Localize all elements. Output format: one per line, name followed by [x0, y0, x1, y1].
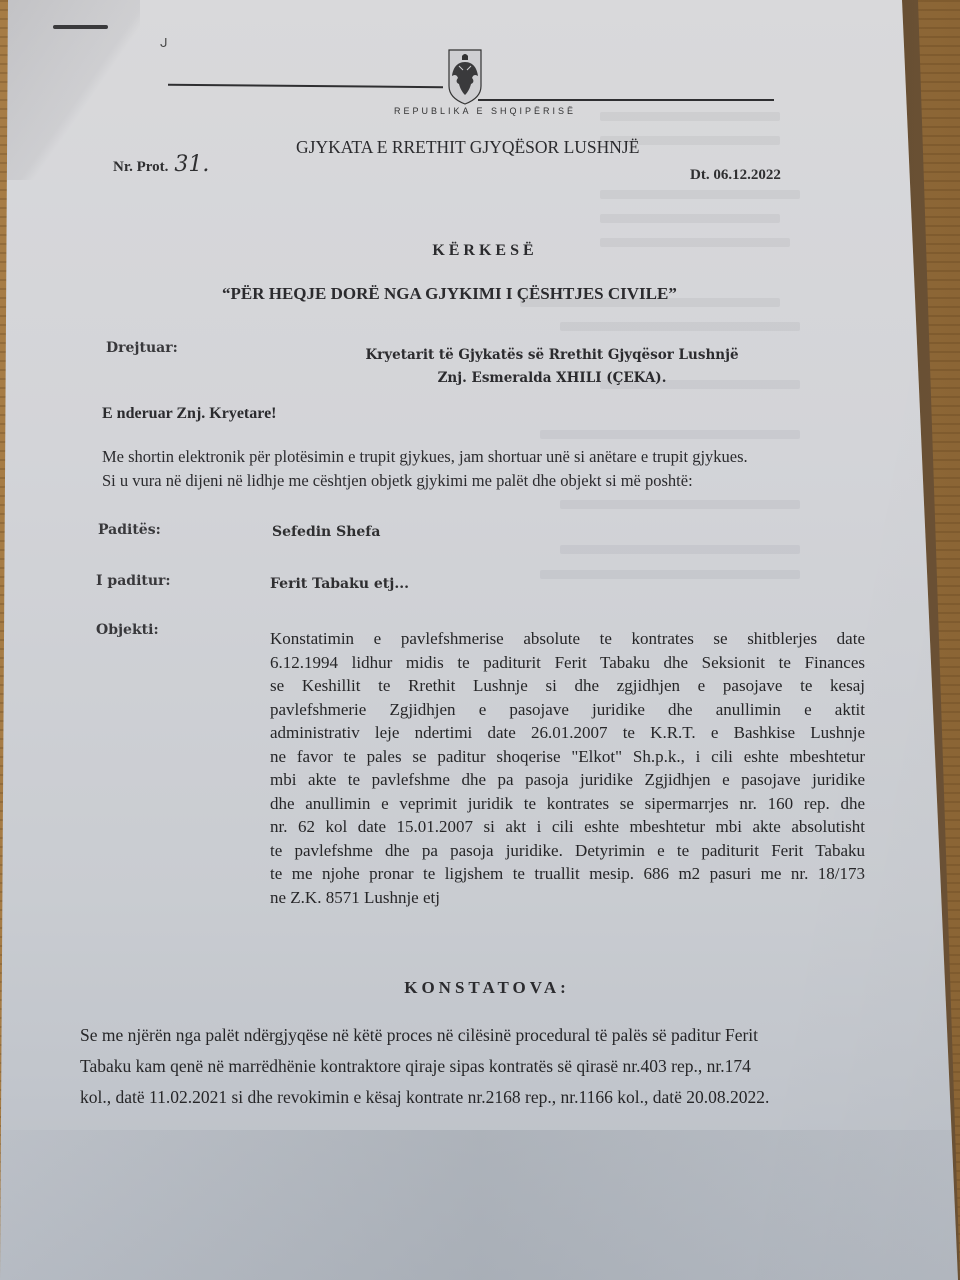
findings-line: Se me njërën nga palët ndërgjyqëse në kë… — [80, 1020, 880, 1051]
object-line: te pavlefshme dhe pa pasoja juridike. De… — [270, 839, 865, 863]
object-description: Konstatimin e pavlefshmerise absolute te… — [270, 627, 865, 909]
object-line: 6.12.1994 lidhur midis te paditurit Feri… — [270, 651, 865, 675]
defendant-name: Ferit Tabaku etj... — [270, 576, 409, 592]
salutation: E nderuar Znj. Kryetare! — [102, 405, 277, 423]
addressee-line: Znj. Esmeralda XHILI (ÇEKA). — [342, 367, 762, 390]
object-line: se Keshillit te Rrethit Lushnje si dhe z… — [270, 674, 865, 698]
addressee: Kryetarit të Gjykatës së Rrethit Gjyqëso… — [342, 344, 762, 390]
albanian-eagle-emblem-icon — [447, 48, 483, 106]
plaintiff-label: Paditës: — [98, 522, 161, 538]
addressee-label: Drejtuar: — [106, 340, 178, 356]
defendant-label: I paditur: — [96, 573, 171, 589]
intro-line: Me shortin elektronik për plotësimin e t… — [102, 445, 862, 469]
document-page: ᒍ REPUBLIKA E SHQIPËRISË Nr. Prot.31. GJ… — [0, 0, 960, 1280]
object-line: Konstatimin e pavlefshmerise absolute te… — [270, 627, 865, 651]
country-header: REPUBLIKA E SHQIPËRISË — [0, 106, 960, 116]
object-line: pavlefshmerie Zgjidhjen e pasojave jurid… — [270, 698, 865, 722]
findings-line: Tabaku kam qenë në marrëdhënie kontrakto… — [80, 1051, 880, 1082]
object-line: dhe anullimin e veprimit juridik te kont… — [270, 792, 865, 816]
findings-paragraph: Se me njërën nga palët ndërgjyqëse në kë… — [80, 1020, 880, 1113]
object-line: administrativ leje ndertimi date 26.01.2… — [270, 721, 865, 745]
document-date: Dt. 06.12.2022 — [690, 167, 781, 184]
document-subtitle: “PËR HEQJE DORË NGA GJYKIMI I ÇËSHTJES C… — [222, 284, 677, 304]
intro-line: Si u vura në dijeni në lidhje me cështje… — [102, 469, 862, 493]
object-line: te me njohe pronar te ligjshem te truall… — [270, 862, 865, 886]
staple — [53, 25, 108, 29]
object-line: ne Z.K. 8571 Lushnje etj — [270, 886, 865, 910]
plaintiff-name: Sefedin Shefa — [272, 524, 380, 540]
object-label: Objekti: — [96, 622, 159, 638]
object-line: ne favor te pales se paditur shoqerise "… — [270, 745, 865, 769]
pen-mark: ᒍ — [160, 36, 168, 51]
findings-title: KONSTATOVA: — [0, 978, 960, 998]
intro-paragraph: Me shortin elektronik për plotësimin e t… — [102, 445, 862, 493]
object-line: nr. 62 kol date 15.01.2007 si akt i cili… — [270, 815, 865, 839]
findings-line: kol., datë 11.02.2021 si dhe revokimin e… — [80, 1082, 880, 1113]
paper-shadow — [0, 1130, 960, 1280]
document-title: KËRKESË — [0, 242, 960, 260]
object-line: mbi akte te pavlefshme dhe pa pasoja jur… — [270, 768, 865, 792]
protocol-label: Nr. Prot. — [113, 159, 168, 175]
header-rule-left — [168, 84, 443, 88]
protocol-number: Nr. Prot.31. — [113, 152, 209, 177]
addressee-line: Kryetarit të Gjykatës së Rrethit Gjyqëso… — [342, 344, 762, 367]
header-rule-right — [478, 99, 774, 101]
court-name: GJYKATA E RRETHIT GJYQËSOR LUSHNJË — [296, 137, 639, 158]
handwritten-protocol-number: 31. — [174, 152, 209, 177]
